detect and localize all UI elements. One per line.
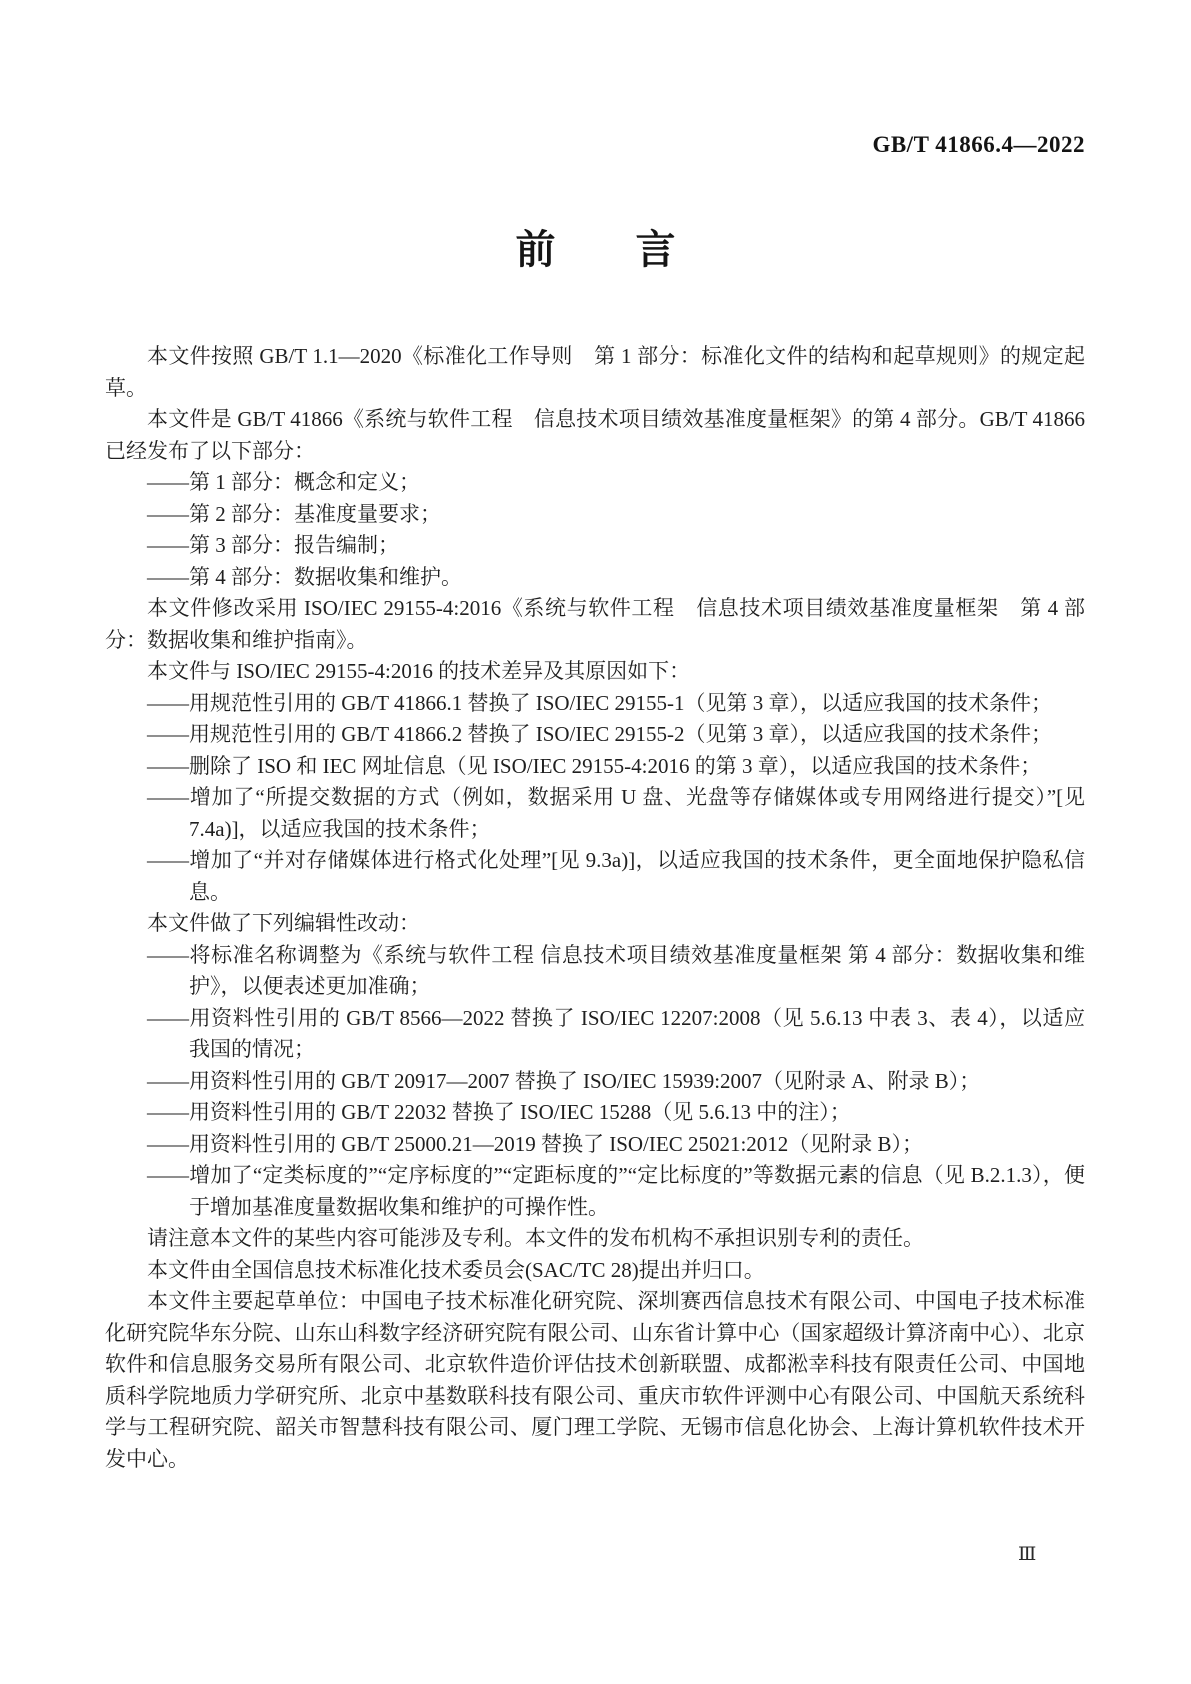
foreword-list-item: ——第 3 部分：报告编制； <box>105 530 1085 562</box>
foreword-list-item: ——第 2 部分：基准度量要求； <box>105 499 1085 531</box>
foreword-paragraph: 本文件做了下列编辑性改动： <box>105 908 1085 940</box>
foreword-list-item: ——将标准名称调整为《系统与软件工程 信息技术项目绩效基准度量框架 第 4 部分… <box>105 940 1085 1003</box>
foreword-paragraph: 本文件修改采用 ISO/IEC 29155-4:2016《系统与软件工程 信息技… <box>105 593 1085 656</box>
foreword-list-item: ——增加了“并对存储媒体进行格式化处理”[见 9.3a)]，以适应我国的技术条件… <box>105 845 1085 908</box>
foreword-paragraph: 本文件是 GB/T 41866《系统与软件工程 信息技术项目绩效基准度量框架》的… <box>105 404 1085 467</box>
foreword-paragraph: 本文件由全国信息技术标准化技术委员会(SAC/TC 28)提出并归口。 <box>105 1255 1085 1287</box>
foreword-paragraph: 请注意本文件的某些内容可能涉及专利。本文件的发布机构不承担识别专利的责任。 <box>105 1223 1085 1255</box>
foreword-list-item: ——增加了“定类标度的”“定序标度的”“定距标度的”“定比标度的”等数据元素的信… <box>105 1160 1085 1223</box>
foreword-paragraph: 本文件主要起草单位：中国电子技术标准化研究院、深圳赛西信息技术有限公司、中国电子… <box>105 1286 1085 1475</box>
foreword-list-item: ——第 4 部分：数据收集和维护。 <box>105 562 1085 594</box>
foreword-list-item: ——用规范性引用的 GB/T 41866.1 替换了 ISO/IEC 29155… <box>105 688 1085 720</box>
foreword-content: 本文件按照 GB/T 1.1—2020《标准化工作导则 第 1 部分：标准化文件… <box>105 341 1085 1475</box>
foreword-list-item: ——用资料性引用的 GB/T 8566—2022 替换了 ISO/IEC 122… <box>105 1003 1085 1066</box>
foreword-list-item: ——删除了 ISO 和 IEC 网址信息（见 ISO/IEC 29155-4:2… <box>105 751 1085 783</box>
doc-number: GB/T 41866.4—2022 <box>872 132 1085 158</box>
document-page: GB/T 41866.4—2022 前 言 本文件按照 GB/T 1.1—202… <box>0 0 1191 1684</box>
foreword-list-item: ——用资料性引用的 GB/T 20917—2007 替换了 ISO/IEC 15… <box>105 1066 1085 1098</box>
foreword-list-item: ——用资料性引用的 GB/T 22032 替换了 ISO/IEC 15288（见… <box>105 1097 1085 1129</box>
page-number: Ⅲ <box>1018 1543 1036 1566</box>
foreword-paragraph: 本文件按照 GB/T 1.1—2020《标准化工作导则 第 1 部分：标准化文件… <box>105 341 1085 404</box>
foreword-list-item: ——用资料性引用的 GB/T 25000.21—2019 替换了 ISO/IEC… <box>105 1129 1085 1161</box>
page-title: 前 言 <box>0 218 1191 275</box>
foreword-list-item: ——增加了“所提交数据的方式（例如，数据采用 U 盘、光盘等存储媒体或专用网络进… <box>105 782 1085 845</box>
foreword-paragraph: 本文件与 ISO/IEC 29155-4:2016 的技术差异及其原因如下： <box>105 656 1085 688</box>
foreword-list-item: ——第 1 部分：概念和定义； <box>105 467 1085 499</box>
foreword-list-item: ——用规范性引用的 GB/T 41866.2 替换了 ISO/IEC 29155… <box>105 719 1085 751</box>
